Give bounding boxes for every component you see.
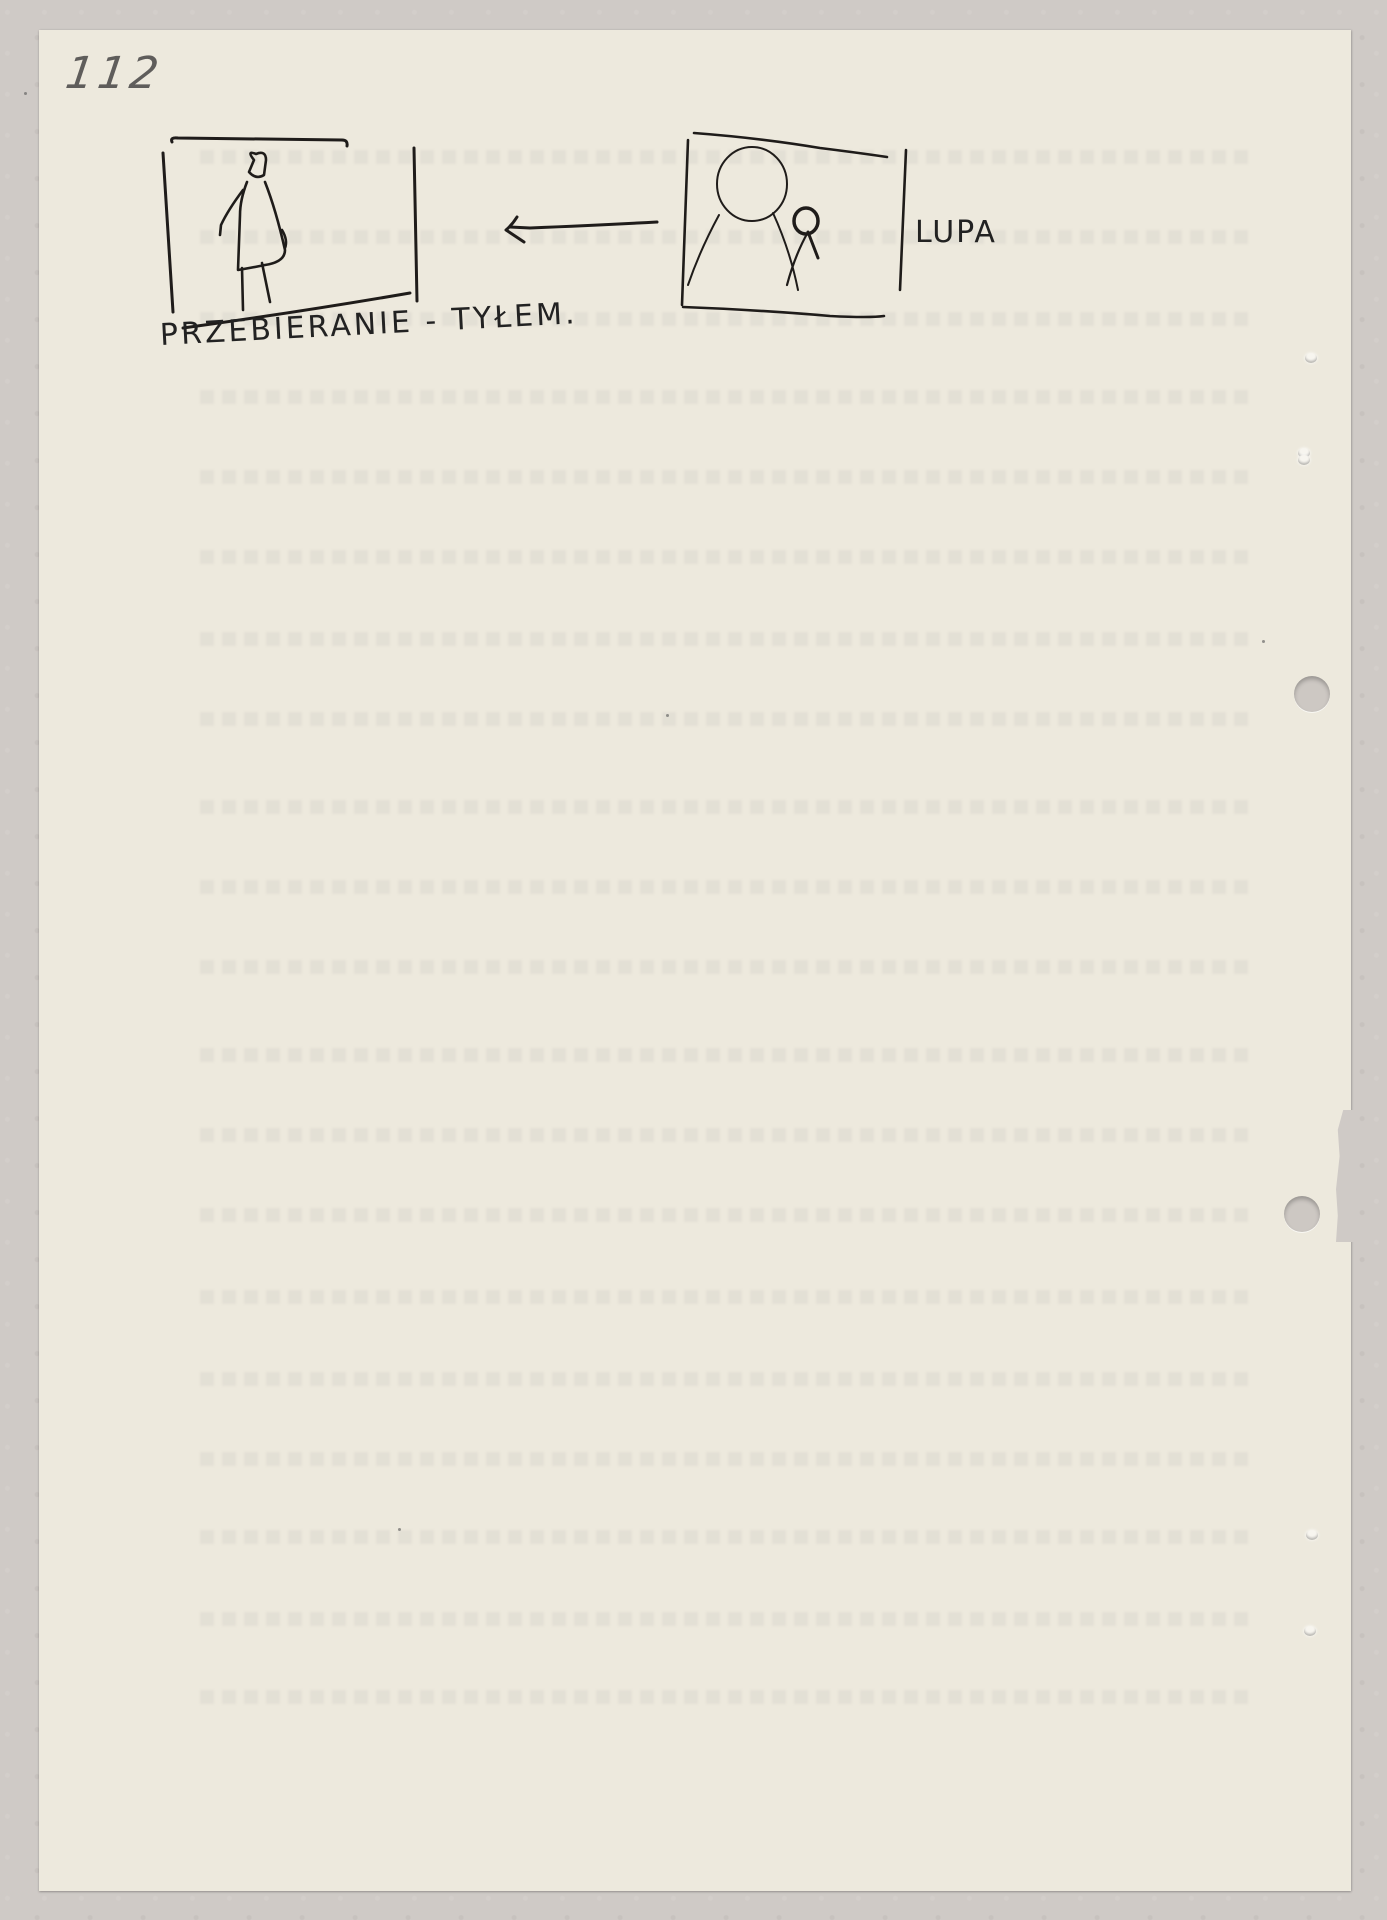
speck (398, 1528, 401, 1531)
speck (666, 714, 669, 717)
bleed-through-line (200, 230, 1250, 244)
bleed-through-line (200, 1208, 1250, 1222)
staple-mark (1306, 1530, 1318, 1540)
bleed-through-line (200, 1048, 1250, 1062)
staple-mark (1304, 1626, 1316, 1636)
bleed-through-line (200, 712, 1250, 726)
speck (1262, 640, 1265, 643)
bleed-through-line (200, 470, 1250, 484)
bleed-through-line (200, 1612, 1250, 1626)
torn-edge (1336, 1110, 1354, 1242)
bleed-through-line (200, 1452, 1250, 1466)
bleed-through-line (200, 150, 1250, 164)
bleed-through-line (200, 1690, 1250, 1704)
bleed-through-line (200, 1290, 1250, 1304)
bleed-through-line (200, 800, 1250, 814)
speck (24, 92, 27, 95)
bleed-through-line (200, 1128, 1250, 1142)
page-number: 112 (62, 48, 165, 99)
bleed-through-line (200, 550, 1250, 564)
bleed-through-line (200, 1530, 1250, 1544)
punch-hole (1284, 1196, 1320, 1232)
bleed-through-line (200, 880, 1250, 894)
bleed-through-line (200, 1372, 1250, 1386)
bleed-through-line (200, 632, 1250, 646)
staple-mark (1305, 353, 1317, 363)
sketch-label-lupa: LUPA (915, 215, 997, 250)
staple-mark (1298, 455, 1310, 465)
bleed-through-line (200, 960, 1250, 974)
bleed-through-line (200, 390, 1250, 404)
punch-hole (1294, 676, 1330, 712)
